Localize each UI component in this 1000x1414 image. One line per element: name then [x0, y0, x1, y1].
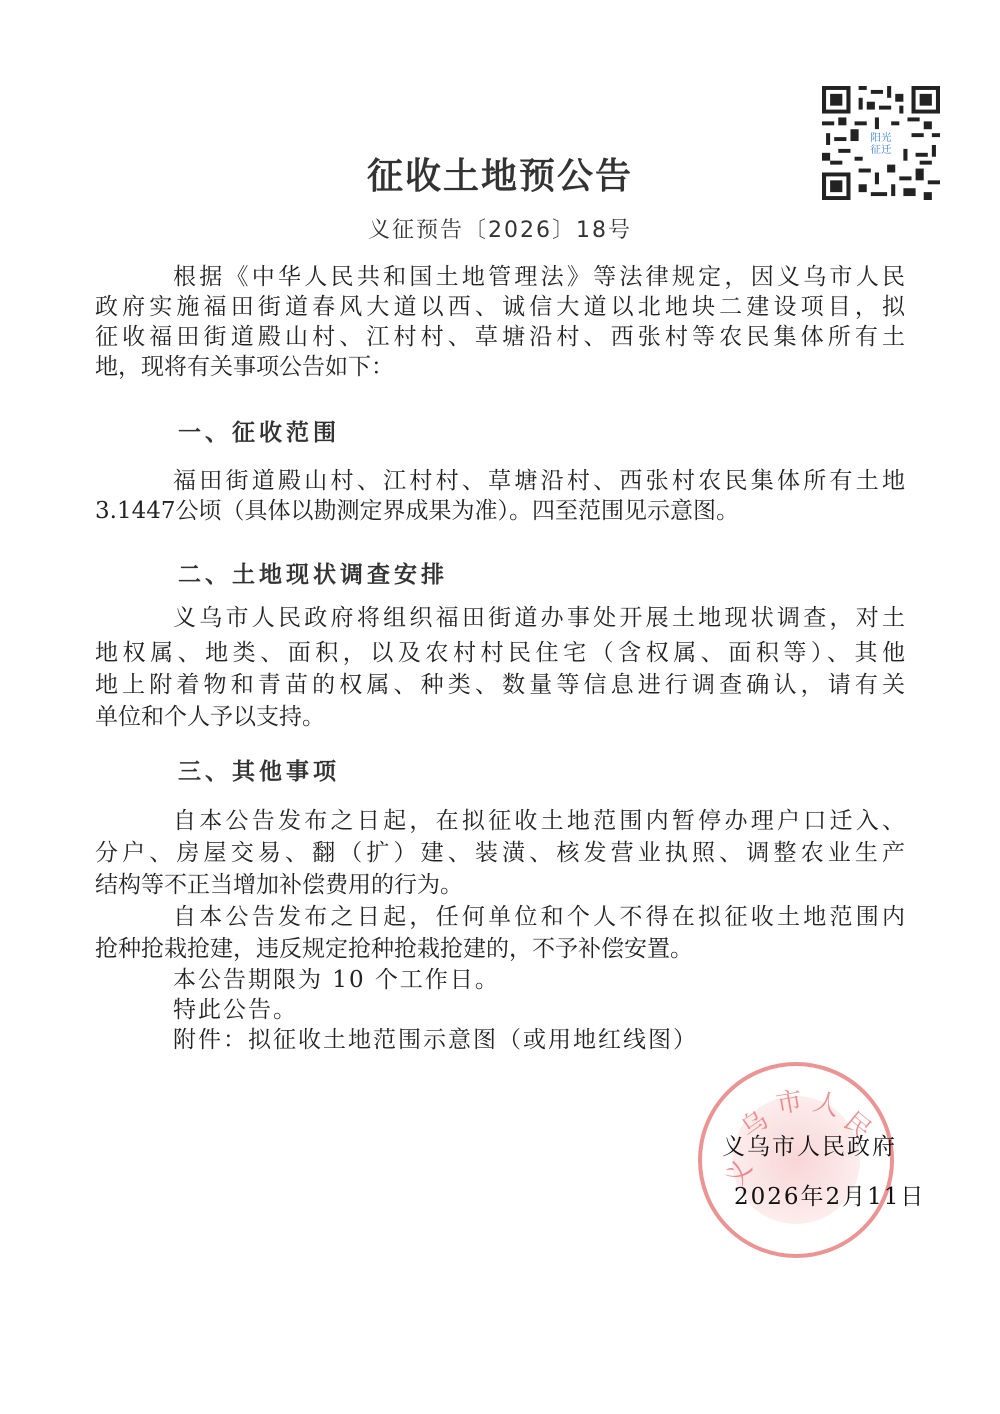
page-title: 征收土地预公告 [0, 148, 1000, 199]
section-line: 自本公告发布之日起，任何单位和个人不得在拟征收土地范围内 [173, 902, 905, 932]
section-line: 单位和个人予以支持。 [95, 702, 905, 732]
issuer-name: 义乌市人民政府 [722, 1128, 897, 1161]
attachment-note: 附件：拟征收土地范围示意图（或用地红线图） [173, 1025, 698, 1055]
section-line: 结构等不正当增加补偿费用的行为。 [95, 870, 905, 900]
issue-date: 2026年2月11日 [734, 1178, 925, 1211]
notice-closing: 特此公告。 [173, 995, 298, 1025]
intro-line: 征收福田街道殿山村、江村村、草塘沿村、西张村等农民集体所有土 [95, 322, 905, 352]
document-number: 义征预告〔2026〕18号 [0, 213, 1000, 244]
svg-text:阳光: 阳光 [870, 131, 892, 144]
intro-line: 政府实施福田街道春风大道以西、诚信大道以北地块二建设项目，拟 [95, 292, 905, 322]
section-heading-scope: 一、征收范围 [178, 414, 340, 447]
seal-char: 市 [773, 1080, 805, 1121]
section-line: 义乌市人民政府将组织福田街道办事处开展土地现状调查，对土 [173, 603, 905, 633]
section-line: 抢种抢栽抢建，违反规定抢种抢栽抢建的，不予补偿安置。 [95, 934, 905, 964]
section-line: 地权属、地类、面积，以及农村村民住宅（含权属、面积等）、其他 [95, 638, 905, 668]
intro-line: 地，现将有关事项公告如下： [95, 352, 905, 382]
section-line: 福田街道殿山村、江村村、草塘沿村、西张村农民集体所有土地 [173, 466, 905, 496]
section-line: 自本公告发布之日起，在拟征收土地范围内暂停办理户口迁入、 [173, 806, 905, 836]
section-heading-survey: 二、土地现状调查安排 [178, 556, 448, 589]
section-line: 分户、房屋交易、翻（扩）建、装潢、核发营业执照、调整农业生产 [95, 838, 905, 868]
notice-period: 本公告期限为 10 个工作日。 [173, 965, 500, 995]
section-line: 3.1447公顷（具体以勘测定界成果为准）。四至范围见示意图。 [95, 496, 905, 526]
intro-line: 根据《中华人民共和国土地管理法》等法律规定，因义乌市人民 [173, 262, 905, 292]
section-heading-other: 三、其他事项 [178, 753, 340, 786]
section-line: 地上附着物和青苗的权属、种类、数量等信息进行调查确认，请有关 [95, 670, 905, 700]
